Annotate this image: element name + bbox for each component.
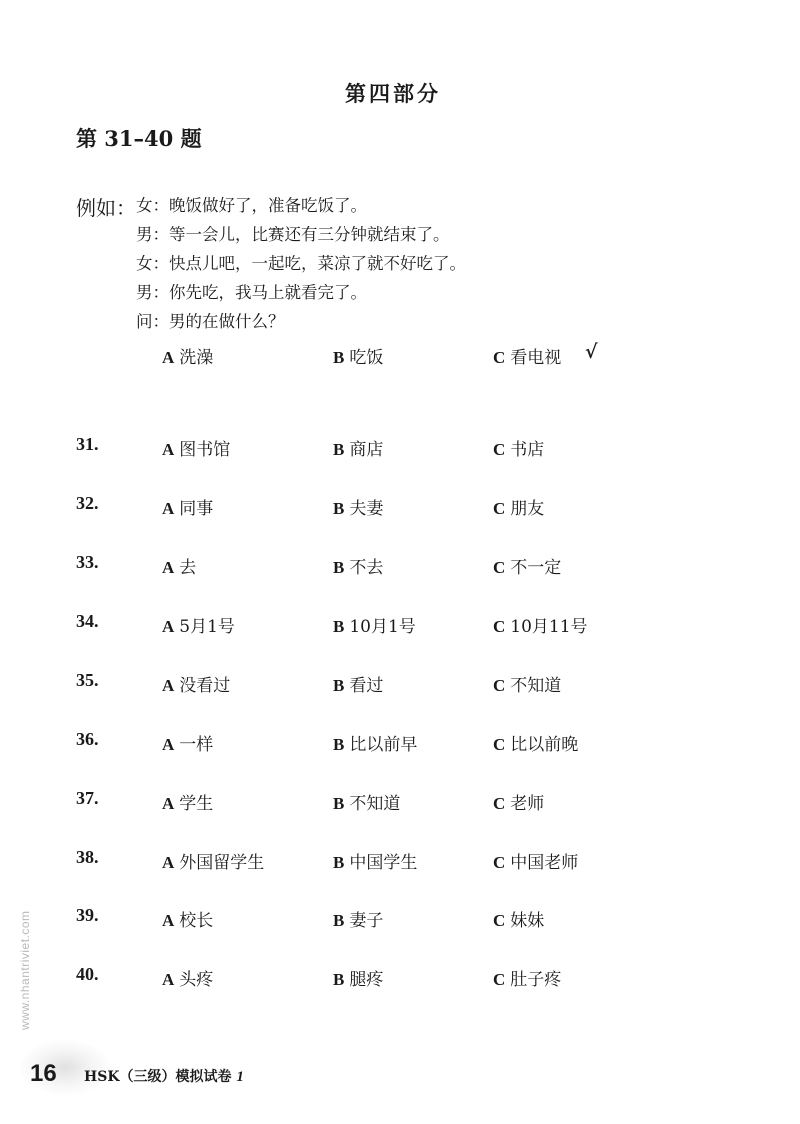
question-32: 32. A同事 B夫妻 C朋友 xyxy=(0,493,800,523)
option-c: C肚子疼 xyxy=(493,965,561,990)
option-a: A去 xyxy=(162,553,196,578)
option-text: 不知道 xyxy=(349,794,400,814)
option-letter: C xyxy=(493,853,505,872)
option-text: 同事 xyxy=(179,499,213,519)
option-c: C不一定 xyxy=(493,553,561,578)
option-text: 朋友 xyxy=(510,499,544,519)
option-text: 看过 xyxy=(349,676,383,696)
question-number: 37. xyxy=(76,788,99,809)
option-letter: C xyxy=(493,911,505,930)
question-number: 35. xyxy=(76,670,99,691)
option-letter: B xyxy=(333,853,344,872)
option-b: B不知道 xyxy=(333,789,400,814)
dialogue-line: 女：快点儿吧，一起吃，菜凉了就不好吃了。 xyxy=(136,253,466,275)
option-text: 比以前早 xyxy=(349,735,417,755)
option-text: 比以前晚 xyxy=(510,735,578,755)
watermark: www.nhantriviet.com xyxy=(18,910,32,1030)
option-a: A一样 xyxy=(162,730,213,755)
question-number: 31. xyxy=(76,434,99,455)
option-text: 中国学生 xyxy=(349,853,417,873)
option-a: A5月1号 xyxy=(162,612,235,637)
option-letter: A xyxy=(162,794,174,813)
option-a: A头疼 xyxy=(162,965,213,990)
option-b: B看过 xyxy=(333,671,383,696)
footer-book-title: HSK（三级）模拟试卷 1 xyxy=(84,1066,244,1086)
question-37: 37. A学生 B不知道 C老师 xyxy=(0,788,800,818)
option-letter: A xyxy=(162,911,174,930)
question-number: 40. xyxy=(76,964,99,985)
question-36: 36. A一样 B比以前早 C比以前晚 xyxy=(0,729,800,759)
option-letter: C xyxy=(493,676,505,695)
example-option-a: A洗澡 xyxy=(162,343,213,368)
option-text: 外国留学生 xyxy=(179,853,264,873)
option-letter: C xyxy=(493,735,505,754)
option-c: C比以前晚 xyxy=(493,730,578,755)
option-text: 学生 xyxy=(179,794,213,814)
dialogue-line: 男：等一会儿，比赛还有三分钟就结束了。 xyxy=(136,224,450,246)
option-a: A校长 xyxy=(162,906,213,931)
option-text: 吃饭 xyxy=(349,348,383,368)
option-text: 校长 xyxy=(179,911,213,931)
option-letter: A xyxy=(162,970,174,989)
option-a: A外国留学生 xyxy=(162,848,264,873)
example-label: 例如： xyxy=(76,192,136,221)
option-letter: B xyxy=(333,676,344,695)
example-option-b: B吃饭 xyxy=(333,343,383,368)
question-number: 39. xyxy=(76,905,99,926)
option-text: 妹妹 xyxy=(510,911,544,931)
example-option-c: C看电视 xyxy=(493,343,561,368)
option-letter: A xyxy=(162,735,174,754)
option-b: B10月1号 xyxy=(333,612,416,637)
option-letter: B xyxy=(333,970,344,989)
option-text: 10月1号 xyxy=(349,617,415,637)
dialogue-line: 女：晚饭做好了，准备吃饭了。 xyxy=(136,195,367,217)
option-letter: C xyxy=(493,348,505,367)
option-letter: B xyxy=(333,499,344,518)
question-40: 40. A头疼 B腿疼 C肚子疼 xyxy=(0,964,800,994)
option-text: 洗澡 xyxy=(179,348,213,368)
option-letter: A xyxy=(162,617,174,636)
page-number: 16 xyxy=(30,1060,57,1088)
option-text: 夫妻 xyxy=(349,499,383,519)
option-letter: A xyxy=(162,676,174,695)
option-b: B比以前早 xyxy=(333,730,417,755)
option-letter: A xyxy=(162,499,174,518)
option-b: B不去 xyxy=(333,553,383,578)
question-31: 31. A图书馆 B商店 C书店 xyxy=(0,434,800,464)
option-a: A没看过 xyxy=(162,671,230,696)
question-38: 38. A外国留学生 B中国学生 C中国老师 xyxy=(0,847,800,877)
option-letter: B xyxy=(333,794,344,813)
option-letter: A xyxy=(162,440,174,459)
option-b: B夫妻 xyxy=(333,494,383,519)
option-letter: B xyxy=(333,348,344,367)
option-text: 头疼 xyxy=(179,970,213,990)
option-text: 一样 xyxy=(179,735,213,755)
question-number: 33. xyxy=(76,552,99,573)
option-letter: C xyxy=(493,558,505,577)
option-c: C10月11号 xyxy=(493,612,588,637)
option-text: 不知道 xyxy=(510,676,561,696)
option-text: 图书馆 xyxy=(179,440,230,460)
option-text: 看电视 xyxy=(510,348,561,368)
option-a: A同事 xyxy=(162,494,213,519)
option-a: A学生 xyxy=(162,789,213,814)
option-letter: B xyxy=(333,617,344,636)
dialogue-line: 男：你先吃，我马上就看完了。 xyxy=(136,282,367,304)
option-letter: B xyxy=(333,735,344,754)
checkmark-icon: √ xyxy=(585,341,598,363)
option-letter: B xyxy=(333,558,344,577)
option-b: B商店 xyxy=(333,435,383,460)
question-33: 33. A去 B不去 C不一定 xyxy=(0,552,800,582)
option-text: 5月1号 xyxy=(179,617,235,637)
option-letter: B xyxy=(333,911,344,930)
question-39: 39. A校长 B妻子 C妹妹 xyxy=(0,905,800,935)
option-text: 10月11号 xyxy=(510,617,587,637)
option-letter: C xyxy=(493,499,505,518)
option-text: 中国老师 xyxy=(510,853,578,873)
option-c: C朋友 xyxy=(493,494,544,519)
option-letter: A xyxy=(162,558,174,577)
option-b: B中国学生 xyxy=(333,848,417,873)
option-text: 肚子疼 xyxy=(510,970,561,990)
option-c: C书店 xyxy=(493,435,544,460)
option-text: 腿疼 xyxy=(349,970,383,990)
option-letter: A xyxy=(162,853,174,872)
option-c: C不知道 xyxy=(493,671,561,696)
question-number: 34. xyxy=(76,611,99,632)
page-title: 第四部分 xyxy=(0,78,786,108)
book-title: HSK（三级）模拟试卷 xyxy=(84,1069,232,1085)
option-b: B妻子 xyxy=(333,906,383,931)
option-c: C妹妹 xyxy=(493,906,544,931)
question-number: 38. xyxy=(76,847,99,868)
option-text: 不去 xyxy=(349,558,383,578)
option-letter: C xyxy=(493,794,505,813)
volume-number: 1 xyxy=(236,1069,244,1085)
option-text: 不一定 xyxy=(510,558,561,578)
option-text: 书店 xyxy=(510,440,544,460)
option-text: 妻子 xyxy=(349,911,383,931)
option-text: 老师 xyxy=(510,794,544,814)
example-question: 问：男的在做什么？ xyxy=(136,311,285,333)
question-34: 34. A5月1号 B10月1号 C10月11号 xyxy=(0,611,800,641)
question-number: 36. xyxy=(76,729,99,750)
option-letter: C xyxy=(493,970,505,989)
option-a: A图书馆 xyxy=(162,435,230,460)
question-35: 35. A没看过 B看过 C不知道 xyxy=(0,670,800,700)
option-letter: B xyxy=(333,440,344,459)
option-letter: A xyxy=(162,348,174,367)
option-b: B腿疼 xyxy=(333,965,383,990)
option-text: 去 xyxy=(179,558,196,578)
option-c: C中国老师 xyxy=(493,848,578,873)
option-text: 没看过 xyxy=(179,676,230,696)
option-letter: C xyxy=(493,617,505,636)
option-text: 商店 xyxy=(349,440,383,460)
option-letter: C xyxy=(493,440,505,459)
option-c: C老师 xyxy=(493,789,544,814)
section-header: 第 31–40 题 xyxy=(76,123,202,153)
question-number: 32. xyxy=(76,493,99,514)
